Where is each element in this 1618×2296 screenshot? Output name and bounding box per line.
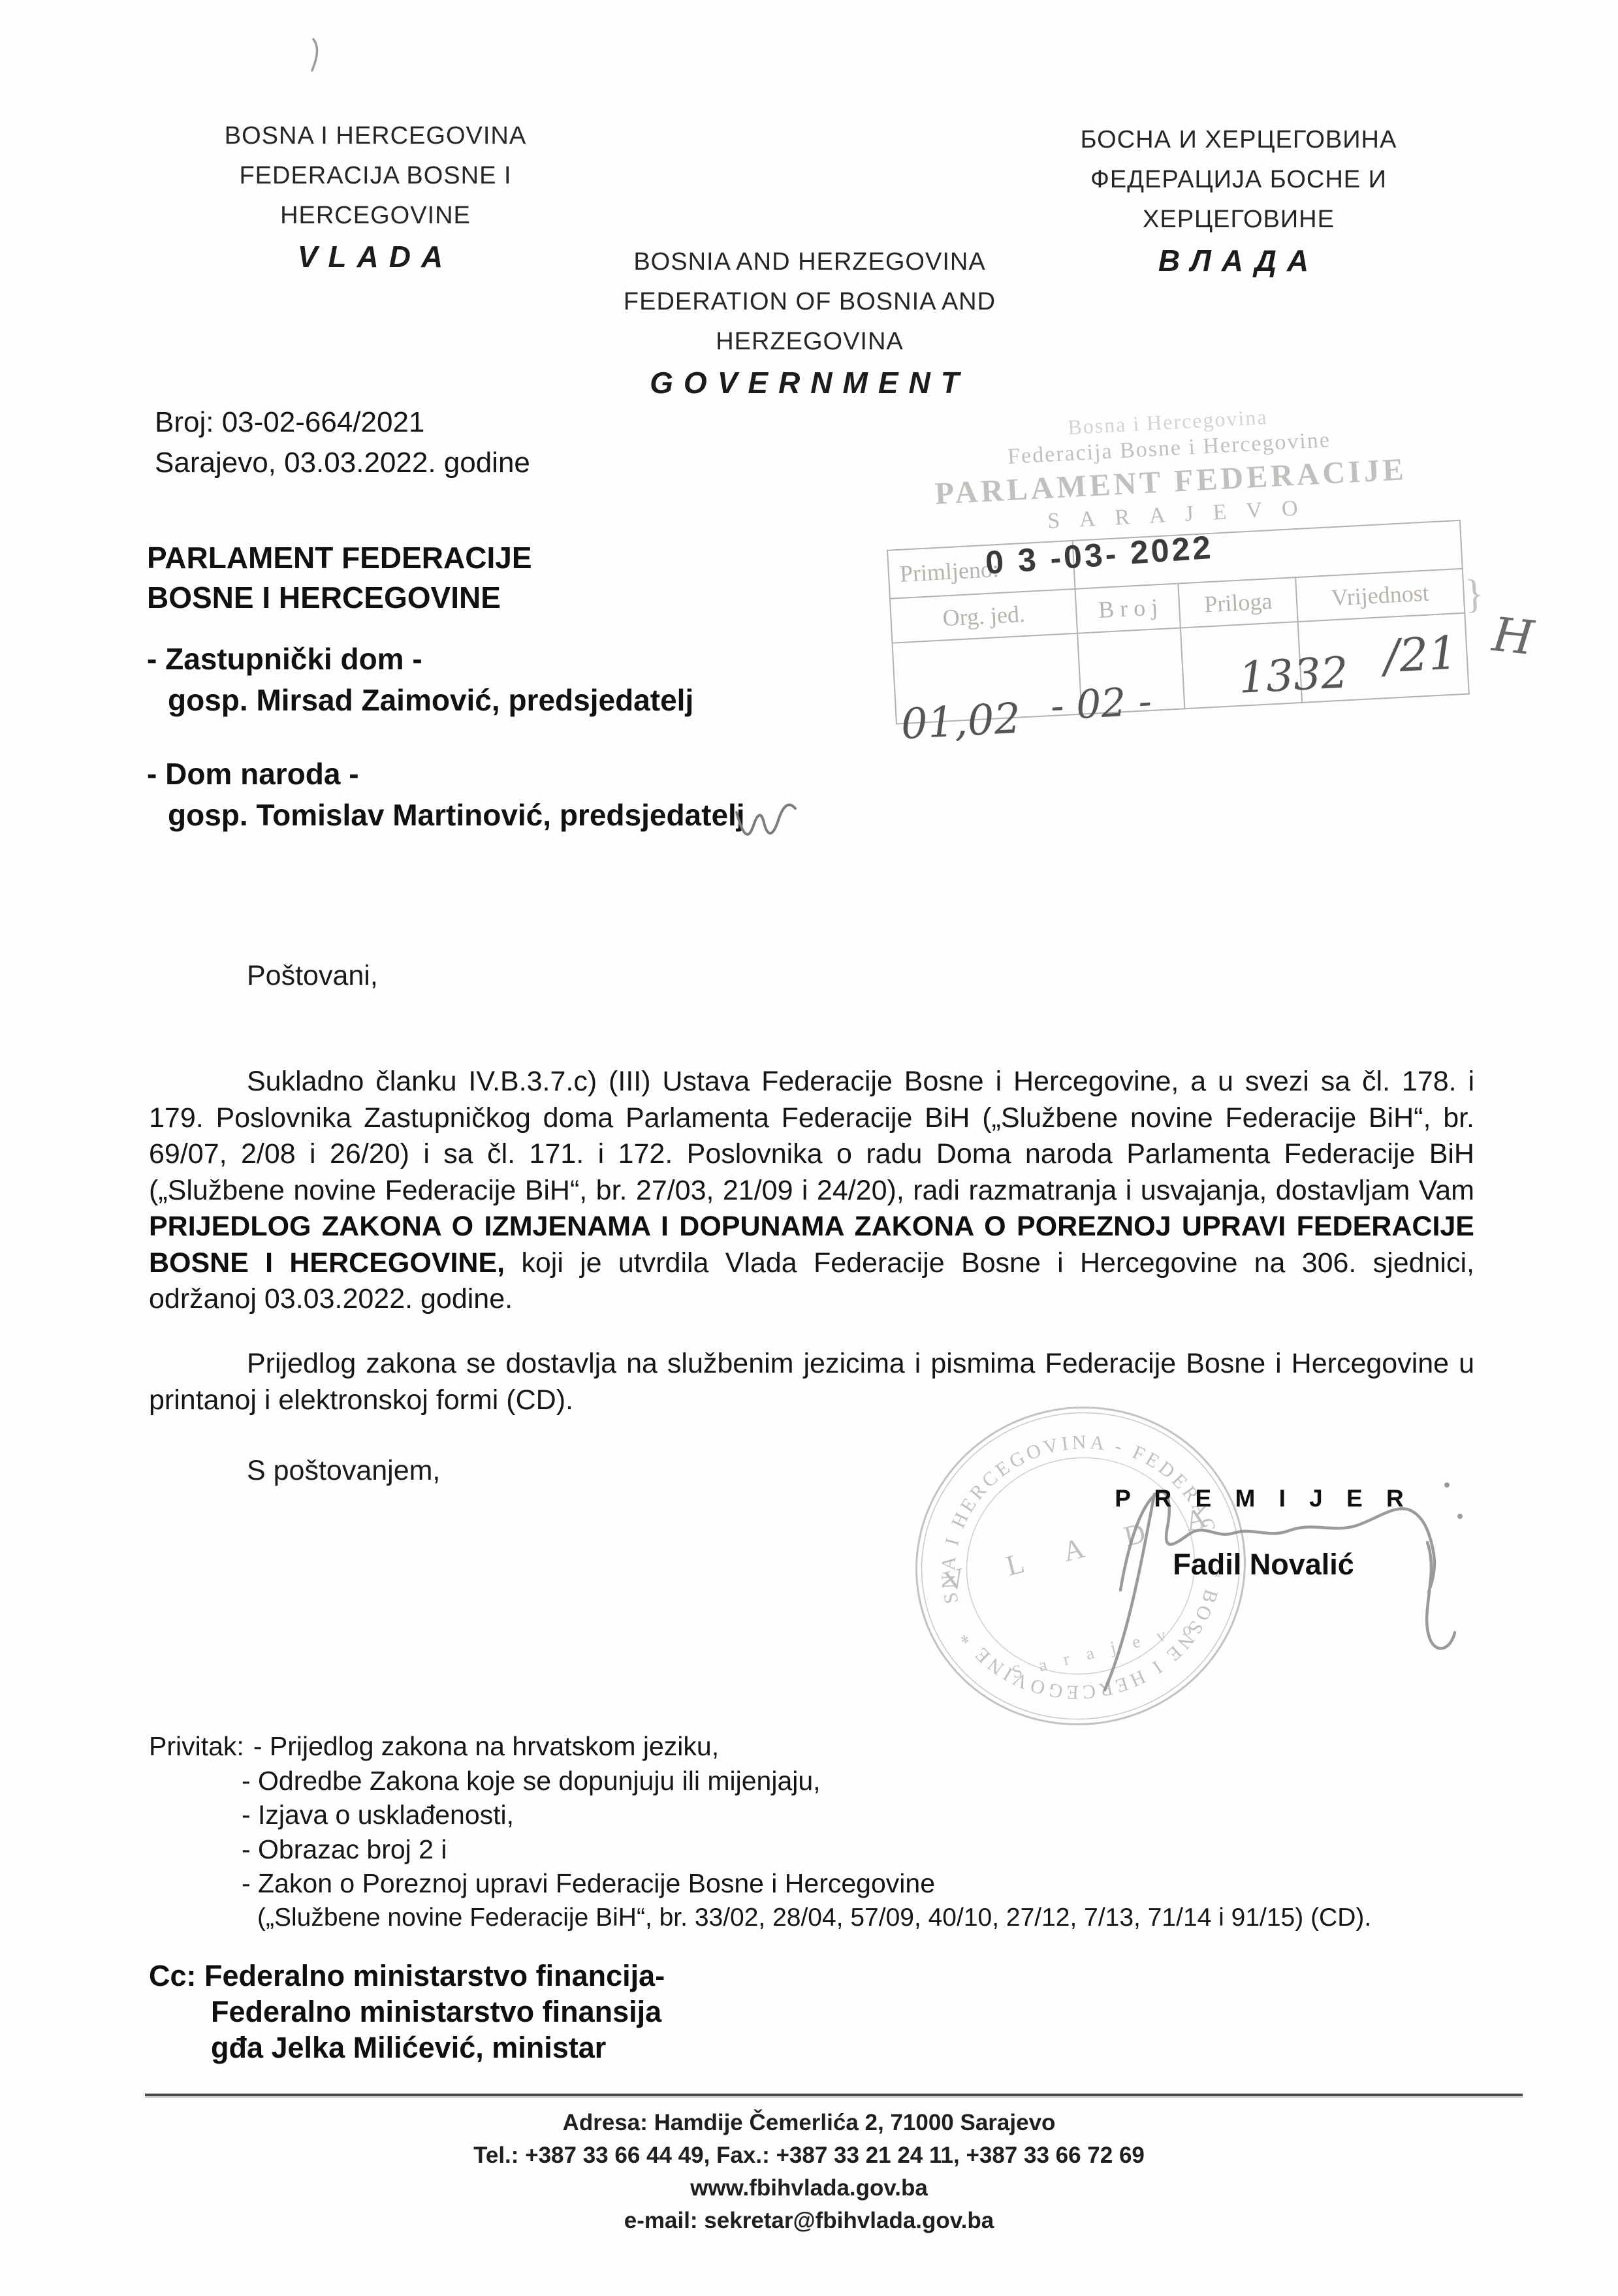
reference-block: Broj: 03-02-664/2021 Sarajevo, 03.03.202… <box>155 402 530 483</box>
closing-salutation: S poštovanjem, <box>247 1455 440 1487</box>
letterhead-center-line3: GOVERNMENT <box>581 362 1038 404</box>
cc-line-3: gđa Jelka Milićević, ministar <box>149 2030 665 2065</box>
paragraph-2: Prijedlog zakona se dostavlja na služben… <box>149 1346 1474 1418</box>
col-broj: B r o j <box>1075 584 1181 633</box>
handwritten-margin-note: H <box>1490 607 1536 665</box>
stamp-brace-mark: } <box>1463 571 1485 618</box>
received-stamp: Bosna i Hercegovina Federacija Bosne i H… <box>880 394 1470 724</box>
letterhead-right-line2: ФЕДЕРАЦИЈА БОСНЕ И ХЕРЦЕГОВИНЕ <box>1007 160 1470 240</box>
house1-title: - Zastupnički dom - <box>147 639 693 680</box>
attachment-item-5: - Zakon o Poreznoj upravi Federacije Bos… <box>149 1866 1371 1901</box>
signature-name: Fadil Novalić <box>1110 1548 1417 1582</box>
col-priloga: Priloga <box>1179 577 1298 628</box>
house2-person: gosp. Tomislav Martinović, predsjedatelj <box>147 795 745 836</box>
letterhead-left: BOSNA I HERCEGOVINA FEDERACIJA BOSNE I H… <box>147 116 604 278</box>
letterhead-right: БОСНА И ХЕРЦЕГОВИНА ФЕДЕРАЦИЈА БОСНЕ И Х… <box>1007 120 1470 281</box>
recipient-house-of-representatives: - Zastupnički dom - gosp. Mirsad Zaimovi… <box>147 639 693 721</box>
signature-title: P R E M I J E R <box>1110 1485 1417 1512</box>
letterhead-center-line1: BOSNIA AND HERZEGOVINA <box>581 242 1038 282</box>
recipient-org-line2: BOSNE I HERCEGOVINE <box>147 578 532 618</box>
recipient-org-line1: PARLAMENT FEDERACIJE <box>147 538 532 578</box>
attachment-item-2: - Odredbe Zakona koje se dopunjuju ili m… <box>149 1764 1371 1798</box>
paragraph-1-lead: Sukladno članku IV.B.3.7.c) (III) Ustava… <box>149 1066 1474 1206</box>
footer-divider <box>145 2094 1523 2096</box>
handwritten-priloga: 1332 <box>1237 647 1350 703</box>
salutation: Poštovani, <box>247 960 378 992</box>
footer-address: Adresa: Hamdije Čemerlića 2, 71000 Saraj… <box>0 2107 1618 2139</box>
footer-website: www.fbihvlada.gov.ba <box>0 2172 1618 2205</box>
scanned-letter-page: BOSNA I HERCEGOVINA FEDERACIJA BOSNE I H… <box>0 0 1618 2296</box>
attachment-line-1: Privitak:- Prijedlog zakona na hrvatskom… <box>149 1729 1371 1764</box>
house1-person: gosp. Mirsad Zaimović, predsjedatelj <box>147 680 693 721</box>
handwritten-org-jed: 01,02 <box>900 695 1022 749</box>
letterhead-center-line2: FEDERATION OF BOSNIA AND HERZEGOVINA <box>581 282 1038 362</box>
attachment-item-5-continuation: („Službene novine Federacije BiH“, br. 3… <box>149 1901 1371 1936</box>
attachment-item-1: - Prijedlog zakona na hrvatskom jeziku, <box>253 1731 719 1761</box>
recipient-house-of-peoples: - Dom naroda - gosp. Tomislav Martinović… <box>147 754 745 836</box>
handwritten-broj: - 02 - <box>1049 678 1152 729</box>
cc-line-1: Cc: Federalno ministarstvo financija- <box>149 1958 665 1994</box>
attachments-label: Privitak: <box>149 1731 244 1761</box>
house2-title: - Dom naroda - <box>147 754 745 795</box>
letterhead-left-line3: VLADA <box>147 236 604 278</box>
attachment-item-3: - Izjava o usklađenosti, <box>149 1798 1371 1832</box>
letterhead-right-line3: ВЛАДА <box>1007 240 1470 281</box>
pencil-mark <box>302 33 334 78</box>
reference-number: Broj: 03-02-664/2021 <box>155 402 530 443</box>
letterhead-left-line2: FEDERACIJA BOSNE I HERCEGOVINE <box>147 156 604 236</box>
attachment-item-4: - Obrazac broj 2 i <box>149 1832 1371 1867</box>
reference-date: Sarajevo, 03.03.2022. godine <box>155 443 530 483</box>
footer: Adresa: Hamdije Čemerlića 2, 71000 Saraj… <box>0 2107 1618 2237</box>
footer-phones: Tel.: +387 33 66 44 49, Fax.: +387 33 21… <box>0 2139 1618 2172</box>
attachments-list: Privitak:- Prijedlog zakona na hrvatskom… <box>149 1729 1371 1935</box>
recipient-organization: PARLAMENT FEDERACIJE BOSNE I HERCEGOVINE <box>147 538 532 618</box>
cc-line-2: Federalno ministarstvo finansija <box>149 1994 665 2030</box>
footer-email: e-mail: sekretar@fbihvlada.gov.ba <box>0 2205 1618 2237</box>
letterhead-center: BOSNIA AND HERZEGOVINA FEDERATION OF BOS… <box>581 242 1038 404</box>
letterhead-right-line1: БОСНА И ХЕРЦЕГОВИНА <box>1007 120 1470 160</box>
handwritten-checkmark <box>730 794 815 853</box>
paragraph-1: Sukladno članku IV.B.3.7.c) (III) Ustava… <box>149 1064 1474 1318</box>
handwritten-vrijednost: /21 <box>1382 626 1459 683</box>
letterhead-left-line1: BOSNA I HERCEGOVINA <box>147 116 604 156</box>
cc-block: Cc: Federalno ministarstvo financija- Fe… <box>149 1958 665 2065</box>
